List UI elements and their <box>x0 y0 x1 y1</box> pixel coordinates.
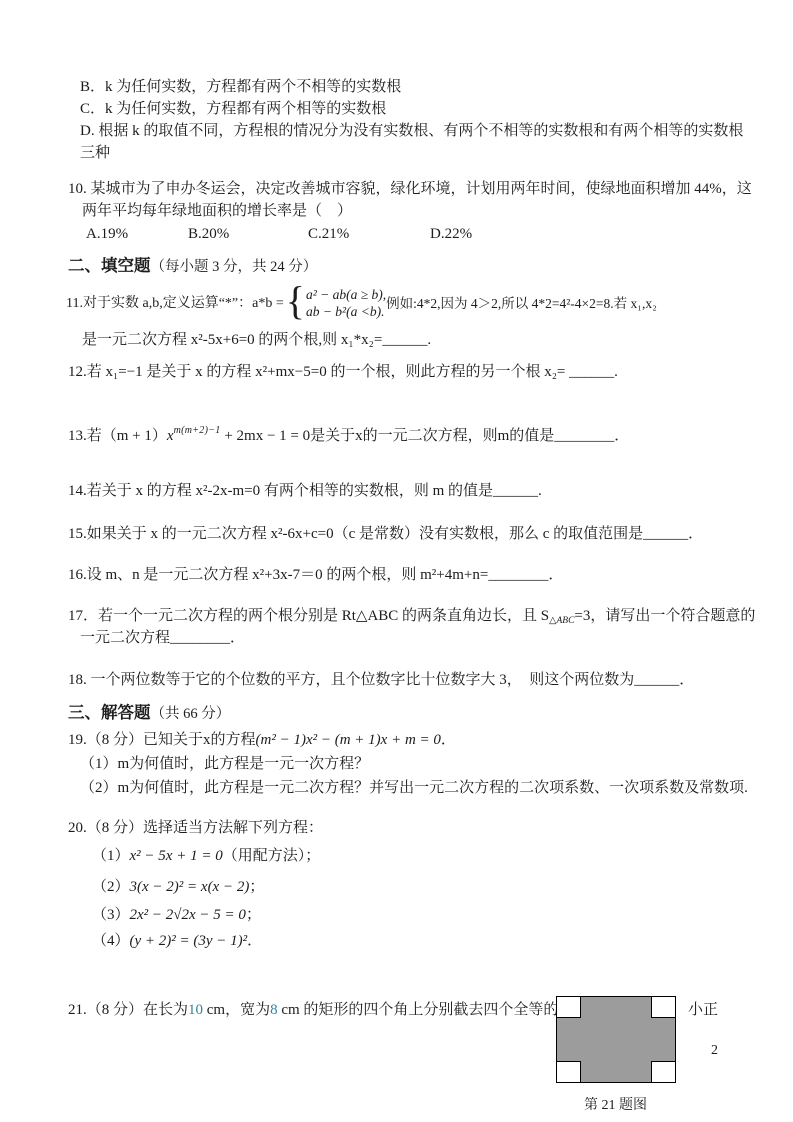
q9-option-d-line1: D. 根据 k 的取值不同，方程根的情况分为没有实数根、有两个不相等的实数根和有… <box>80 121 743 142</box>
q20-item-1-formula: x² − 5x + 1 = 0 <box>130 848 223 864</box>
q11-cases-brace: { <box>284 281 306 325</box>
section3-header: 三、解答题（共 66 分） <box>68 702 230 725</box>
q20-item-3-no: （3） <box>92 907 130 923</box>
q13-pre: 13.若（m + 1） <box>68 428 167 444</box>
q20-item-2-formula: 3(x − 2)² = x(x − 2) <box>130 879 250 895</box>
q14-text: 14.若关于 x 的方程 x²-2x-m=0 有两个相等的实数根，则 m 的值是… <box>68 481 542 502</box>
q20-head: 20.（8 分）选择适当方法解下列方程： <box>68 818 323 839</box>
q13-post: + 2mx − 1 = 0是关于x的一元二次方程，则m的值是________． <box>221 428 630 444</box>
q20-item-1: （1）x² − 5x + 1 = 0（用配方法）； <box>92 846 320 867</box>
q17-pre: 17．若一个一元二次方程的两个根分别是 Rt△ABC 的两条直角边长，且 S <box>68 608 549 624</box>
q11-cases: a² − ab(a ≥ b), ab − b²(a <b). <box>306 286 386 320</box>
q9-option-c: C．k 为任何实数，方程都有两个相等的实数根 <box>80 99 386 120</box>
q9-option-d-line2: 三种 <box>80 143 110 164</box>
q11-post: 例如:4*2,因为 4＞2,所以 4*2=4²-4×2=8.若 x₁,x₂ <box>386 293 657 314</box>
q11-line2: 是一元二次方程 x²-5x+6=0 的两个根,则 x₁*x₂=______. <box>82 330 431 351</box>
q20-item-3-tail: ； <box>246 907 261 923</box>
q21-figure-cut-square-bottom-right <box>651 1061 676 1083</box>
q16-text: 16.设 m、n 是一元二次方程 x²+3x-7＝0 的两个根，则 m²+4m+… <box>68 565 563 586</box>
page-number: 2 <box>711 1040 718 1061</box>
q21-figure-cut-square-top-left <box>556 996 581 1018</box>
q21-figure-rectangle <box>556 996 676 1083</box>
q20-item-2-no: （2） <box>92 879 130 895</box>
q20-item-3-formula: 2x² − 2√2x − 5 = 0 <box>130 907 246 923</box>
q11-case2: ab − b²(a <b). <box>306 303 386 320</box>
q21-figure-cut-square-bottom-left <box>556 1061 581 1083</box>
section3-note: （共 66 分） <box>151 706 231 722</box>
q19-formula: (m² − 1)x² − (m + 1)x + m = 0 <box>256 732 441 748</box>
q20-item-3: （3）2x² − 2√2x − 5 = 0； <box>92 905 261 926</box>
q19-pre: 19.（8 分）已知关于x的方程 <box>68 732 256 748</box>
q21-pre: 21.（8 分）在长为 <box>68 1002 188 1018</box>
q20-item-1-no: （1） <box>92 848 130 864</box>
q19-item1: （1）m为何值时，此方程是一元一次方程？ <box>80 754 369 775</box>
q20-item-4: （4）(y + 2)² = (3y − 1)²． <box>92 931 262 952</box>
q21-text-after-figure: 小正 <box>688 1000 718 1021</box>
q20-item-4-tail: ． <box>247 933 262 949</box>
q13-text: 13.若（m + 1）xm(m+2)−1 + 2mx − 1 = 0是关于x的一… <box>68 420 629 447</box>
q20-item-4-formula: (y + 2)² = (3y − 1)² <box>130 933 248 949</box>
q21-length-value: 10 <box>188 1002 203 1018</box>
q21-width-value: 8 <box>270 1002 278 1018</box>
q20-item-4-no: （4） <box>92 933 130 949</box>
q17-mid: =3，请写出一个符合题意的 <box>574 608 755 624</box>
section3-title: 三、解答题 <box>68 703 151 722</box>
q10-line1: 10. 某城市为了申办冬运会，决定改善城市容貌，绿化环境，计划用两年时间，使绿地… <box>68 179 752 200</box>
q19-post: ． <box>441 732 456 748</box>
q17-line2: 一元二次方程________． <box>80 628 245 649</box>
q21-figure-caption: 第 21 题图 <box>584 1095 647 1116</box>
q13-exponent: m(m+2)−1 <box>174 425 221 436</box>
q10-option-c: C.21% <box>308 224 349 245</box>
q15-text: 15.如果关于 x 的一元二次方程 x²-6x+c=0（c 是常数）没有实数根，… <box>68 524 703 545</box>
q17-triangle-subscript: △ABC <box>549 616 574 626</box>
q19-item2: （2）m为何值时，此方程是一元二次方程？并写出一元二次方程的二次项系数、一次项系… <box>80 778 748 799</box>
q21-line1: 21.（8 分）在长为10 cm，宽为8 cm 的矩形的四个角上分别截去四个全等… <box>68 1000 558 1021</box>
q13-variable-x: x <box>167 428 174 444</box>
section2-header: 二、填空题（每小题 3 分，共 24 分） <box>68 255 317 278</box>
section2-title: 二、填空题 <box>68 256 151 275</box>
q20-item-2: （2）3(x − 2)² = x(x − 2)； <box>92 877 264 898</box>
q10-option-b: B.20% <box>188 224 229 245</box>
q18-text: 18. 一个两位数等于它的个位数的平方，且个位数字比十位数字大 3， 则这个两位… <box>68 670 694 691</box>
q10-option-d: D.22% <box>430 224 472 245</box>
q11-line1: 11.对于实数 a,b,定义运算“*”：a*b = { a² − ab(a ≥ … <box>66 281 657 325</box>
q21-figure-cut-square-top-right <box>651 996 676 1018</box>
q21-mid2: cm 的矩形的四个角上分别截去四个全等的 <box>278 1002 559 1018</box>
q21-mid1: cm，宽为 <box>203 1002 270 1018</box>
q12-text: 12.若 x₁=−1 是关于 x 的方程 x²+mx−5=0 的一个根，则此方程… <box>68 362 618 383</box>
exam-page: B．k 为任何实数，方程都有两个不相等的实数根 C．k 为任何实数，方程都有两个… <box>0 0 793 1122</box>
q10-option-a: A.19% <box>86 224 128 245</box>
section2-note: （每小题 3 分，共 24 分） <box>151 259 318 275</box>
q11-pre: 11.对于实数 a,b,定义运算“*”：a*b = <box>66 293 284 314</box>
q11-case1: a² − ab(a ≥ b), <box>306 286 386 303</box>
q9-option-b: B．k 为任何实数，方程都有两个不相等的实数根 <box>80 77 401 98</box>
q10-line2: 两年平均每年绿地面积的增长率是（ ） <box>82 201 352 222</box>
q20-item-2-tail: ； <box>249 879 264 895</box>
q20-item-1-tail: （用配方法）； <box>223 848 321 864</box>
q19-line1: 19.（8 分）已知关于x的方程(m² − 1)x² − (m + 1)x + … <box>68 730 456 751</box>
